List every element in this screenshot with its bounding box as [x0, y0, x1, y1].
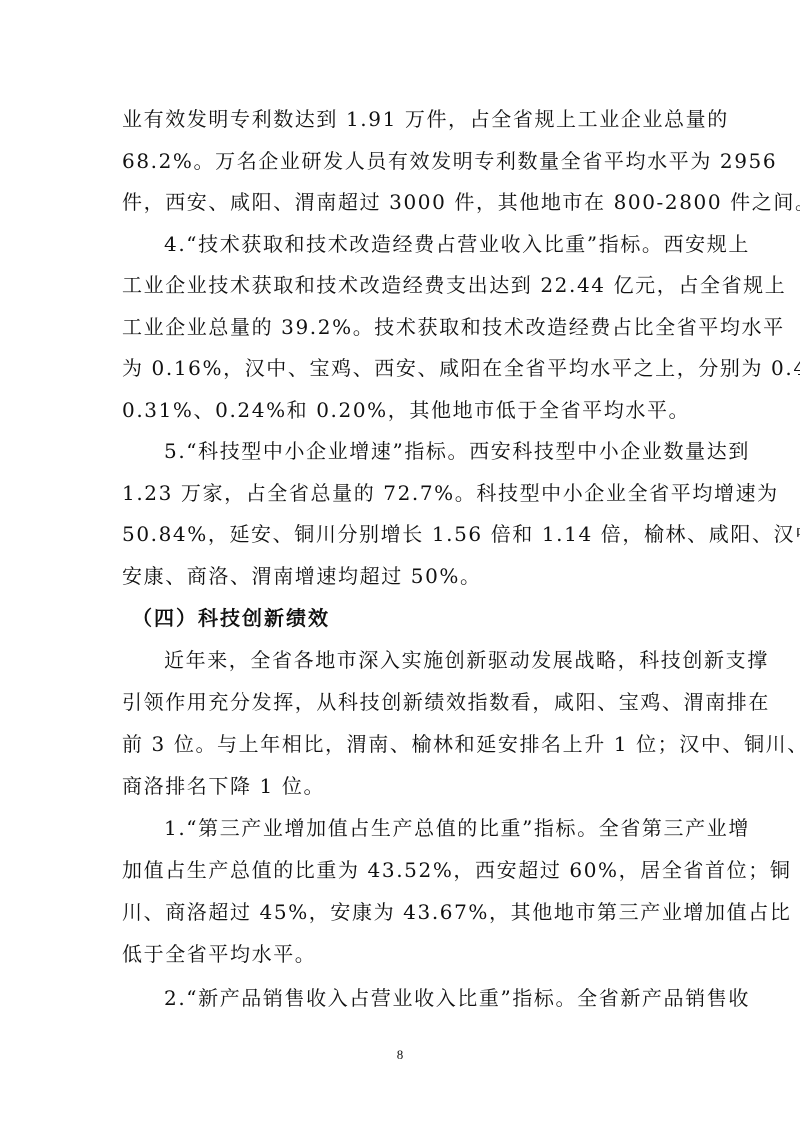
paragraph-line: 4.“技术获取和技术改造经费占营业收入比重”指标。西安规上 — [164, 229, 680, 259]
section-heading: （四）科技创新绩效 — [132, 603, 690, 633]
paragraph-line: 工业企业总量的 39.2%。技术获取和技术改造经费占比全省平均水平 — [122, 312, 680, 342]
page-number: 8 — [0, 1047, 800, 1063]
paragraph-line: 川、商洛超过 45%，安康为 43.67%，其他地市第三产业增加值占比 — [122, 897, 680, 927]
document-page: 业有效发明专利数达到 1.91 万件，占全省规上工业企业总量的 68.2%。万名… — [0, 0, 800, 1132]
paragraph-line: 商洛排名下降 1 位。 — [122, 771, 680, 801]
paragraph-line: 1.“第三产业增加值占生产总值的比重”指标。全省第三产业增 — [164, 813, 680, 843]
paragraph-line: 近年来，全省各地市深入实施创新驱动发展战略，科技创新支撑 — [164, 645, 680, 675]
paragraph-line: 50.84%，延安、铜川分别增长 1.56 倍和 1.14 倍，榆林、咸阳、汉中… — [122, 519, 680, 549]
paragraph-line: 工业企业技术获取和技术改造经费支出达到 22.44 亿元，占全省规上 — [122, 270, 680, 300]
paragraph-line: 前 3 位。与上年相比，渭南、榆林和延安排名上升 1 位；汉中、铜川、 — [122, 729, 680, 759]
paragraph-line: 业有效发明专利数达到 1.91 万件，占全省规上工业企业总量的 — [122, 104, 680, 134]
paragraph-line: 件，西安、咸阳、渭南超过 3000 件，其他地市在 800-2800 件之间。 — [122, 187, 680, 217]
paragraph-line: 0.31%、0.24%和 0.20%，其他地市低于全省平均水平。 — [122, 395, 680, 425]
paragraph-line: 低于全省平均水平。 — [122, 939, 680, 969]
paragraph-line: 2.“新产品销售收入占营业收入比重”指标。全省新产品销售收 — [164, 983, 680, 1013]
paragraph-line: 5.“科技型中小企业增速”指标。西安科技型中小企业数量达到 — [164, 436, 680, 466]
paragraph-line: 安康、商洛、渭南增速均超过 50%。 — [122, 561, 680, 591]
paragraph-line: 为 0.16%，汉中、宝鸡、西安、咸阳在全省平均水平之上，分别为 0.42%、 — [122, 353, 680, 383]
paragraph-line: 加值占生产总值的比重为 43.52%，西安超过 60%，居全省首位；铜 — [122, 855, 680, 885]
paragraph-line: 1.23 万家，占全省总量的 72.7%。科技型中小企业全省平均增速为 — [122, 478, 680, 508]
paragraph-line: 68.2%。万名企业研发人员有效发明专利数量全省平均水平为 2956 — [122, 146, 680, 176]
paragraph-line: 引领作用充分发挥，从科技创新绩效指数看，咸阳、宝鸡、渭南排在 — [122, 687, 680, 717]
